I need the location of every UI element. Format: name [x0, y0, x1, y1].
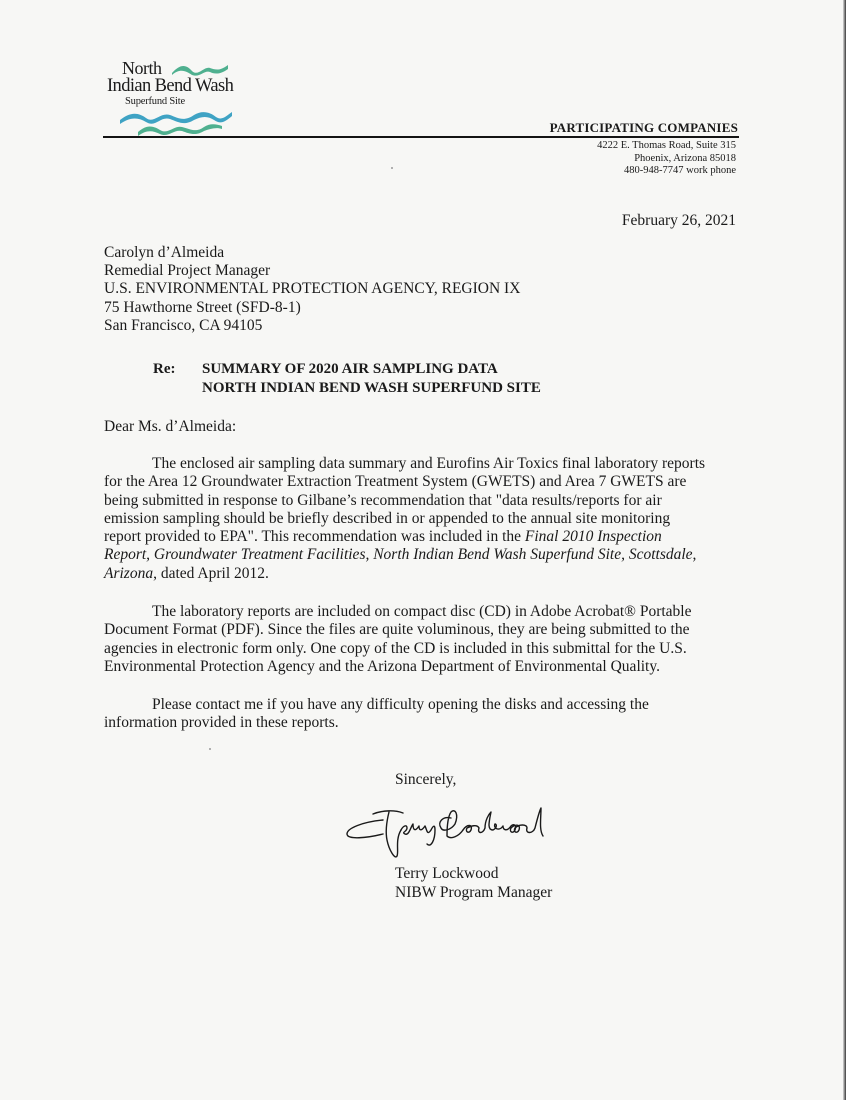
letterhead-address: 4222 E. Thomas Road, Suite 315 Phoenix, … [597, 140, 736, 178]
paragraph-line: The laboratory reports are included on c… [104, 603, 744, 621]
body-paragraph-1: The enclosed air sampling data summary a… [104, 455, 744, 583]
letter-page: North Indian Bend Wash Superfund Site PA… [0, 0, 846, 1100]
body-paragraph-2: The laboratory reports are included on c… [104, 603, 744, 676]
header-divider [103, 136, 739, 138]
paragraph-line: emission sampling should be briefly desc… [104, 510, 744, 528]
recipient-name: Carolyn d’Almeida [104, 244, 520, 262]
report-title-italic: Arizona [104, 565, 153, 582]
subject-text: SUMMARY OF 2020 AIR SAMPLING DATA [202, 360, 541, 379]
scan-speck [209, 748, 211, 750]
salutation: Dear Ms. d’Almeida: [104, 418, 236, 436]
text-run: report provided to EPA". This recommenda… [104, 528, 525, 545]
signer-name: Terry Lockwood [395, 864, 552, 883]
closing: Sincerely, [395, 771, 456, 789]
recipient-city: San Francisco, CA 94105 [104, 317, 520, 335]
subject-label: Re: [153, 360, 176, 379]
address-line: Phoenix, Arizona 85018 [597, 153, 736, 166]
address-line: 4222 E. Thomas Road, Suite 315 [597, 140, 736, 153]
text-run: , dated April 2012. [153, 565, 269, 582]
report-title-italic: Report, Groundwater Treatment Facilities… [104, 546, 696, 563]
signer-title: NIBW Program Manager [395, 883, 552, 902]
letter-date: February 26, 2021 [622, 212, 736, 230]
recipient-title: Remedial Project Manager [104, 262, 520, 280]
body-paragraph-3: Please contact me if you have any diffic… [104, 696, 744, 733]
subject-text: NORTH INDIAN BEND WASH SUPERFUND SITE [202, 379, 541, 398]
logo-line-3: Superfund Site [125, 96, 185, 107]
paragraph-line: Arizona, dated April 2012. [104, 565, 744, 583]
phone-line: 480-948-7747 work phone [597, 165, 736, 178]
signer-block: Terry Lockwood NIBW Program Manager [395, 864, 552, 902]
report-title-italic: Final 2010 Inspection [525, 528, 662, 545]
company-heading: PARTICIPATING COMPANIES [550, 120, 738, 136]
paragraph-line: The enclosed air sampling data summary a… [104, 455, 744, 473]
logo-line-2: Indian Bend Wash [107, 76, 233, 97]
paragraph-line: Please contact me if you have any diffic… [104, 696, 744, 714]
paragraph-line: being submitted in response to Gilbane’s… [104, 492, 744, 510]
paragraph-line: for the Area 12 Groundwater Extraction T… [104, 473, 744, 491]
paragraph-line: agencies in electronic form only. One co… [104, 640, 744, 658]
recipient-organization: U.S. ENVIRONMENTAL PROTECTION AGENCY, RE… [104, 280, 520, 298]
paragraph-line: Environmental Protection Agency and the … [104, 658, 744, 676]
paragraph-line: report provided to EPA". This recommenda… [104, 528, 744, 546]
wave-icon [116, 108, 234, 138]
signature-icon [343, 800, 558, 868]
paragraph-line: Report, Groundwater Treatment Facilities… [104, 546, 744, 564]
recipient-block: Carolyn d’Almeida Remedial Project Manag… [104, 244, 520, 335]
paragraph-line: Document Format (PDF). Since the files a… [104, 621, 744, 639]
nibw-logo: North Indian Bend Wash Superfund Site [104, 58, 244, 138]
scan-speck [391, 167, 393, 169]
paragraph-line: information provided in these reports. [104, 714, 744, 732]
recipient-street: 75 Hawthorne Street (SFD-8-1) [104, 299, 520, 317]
